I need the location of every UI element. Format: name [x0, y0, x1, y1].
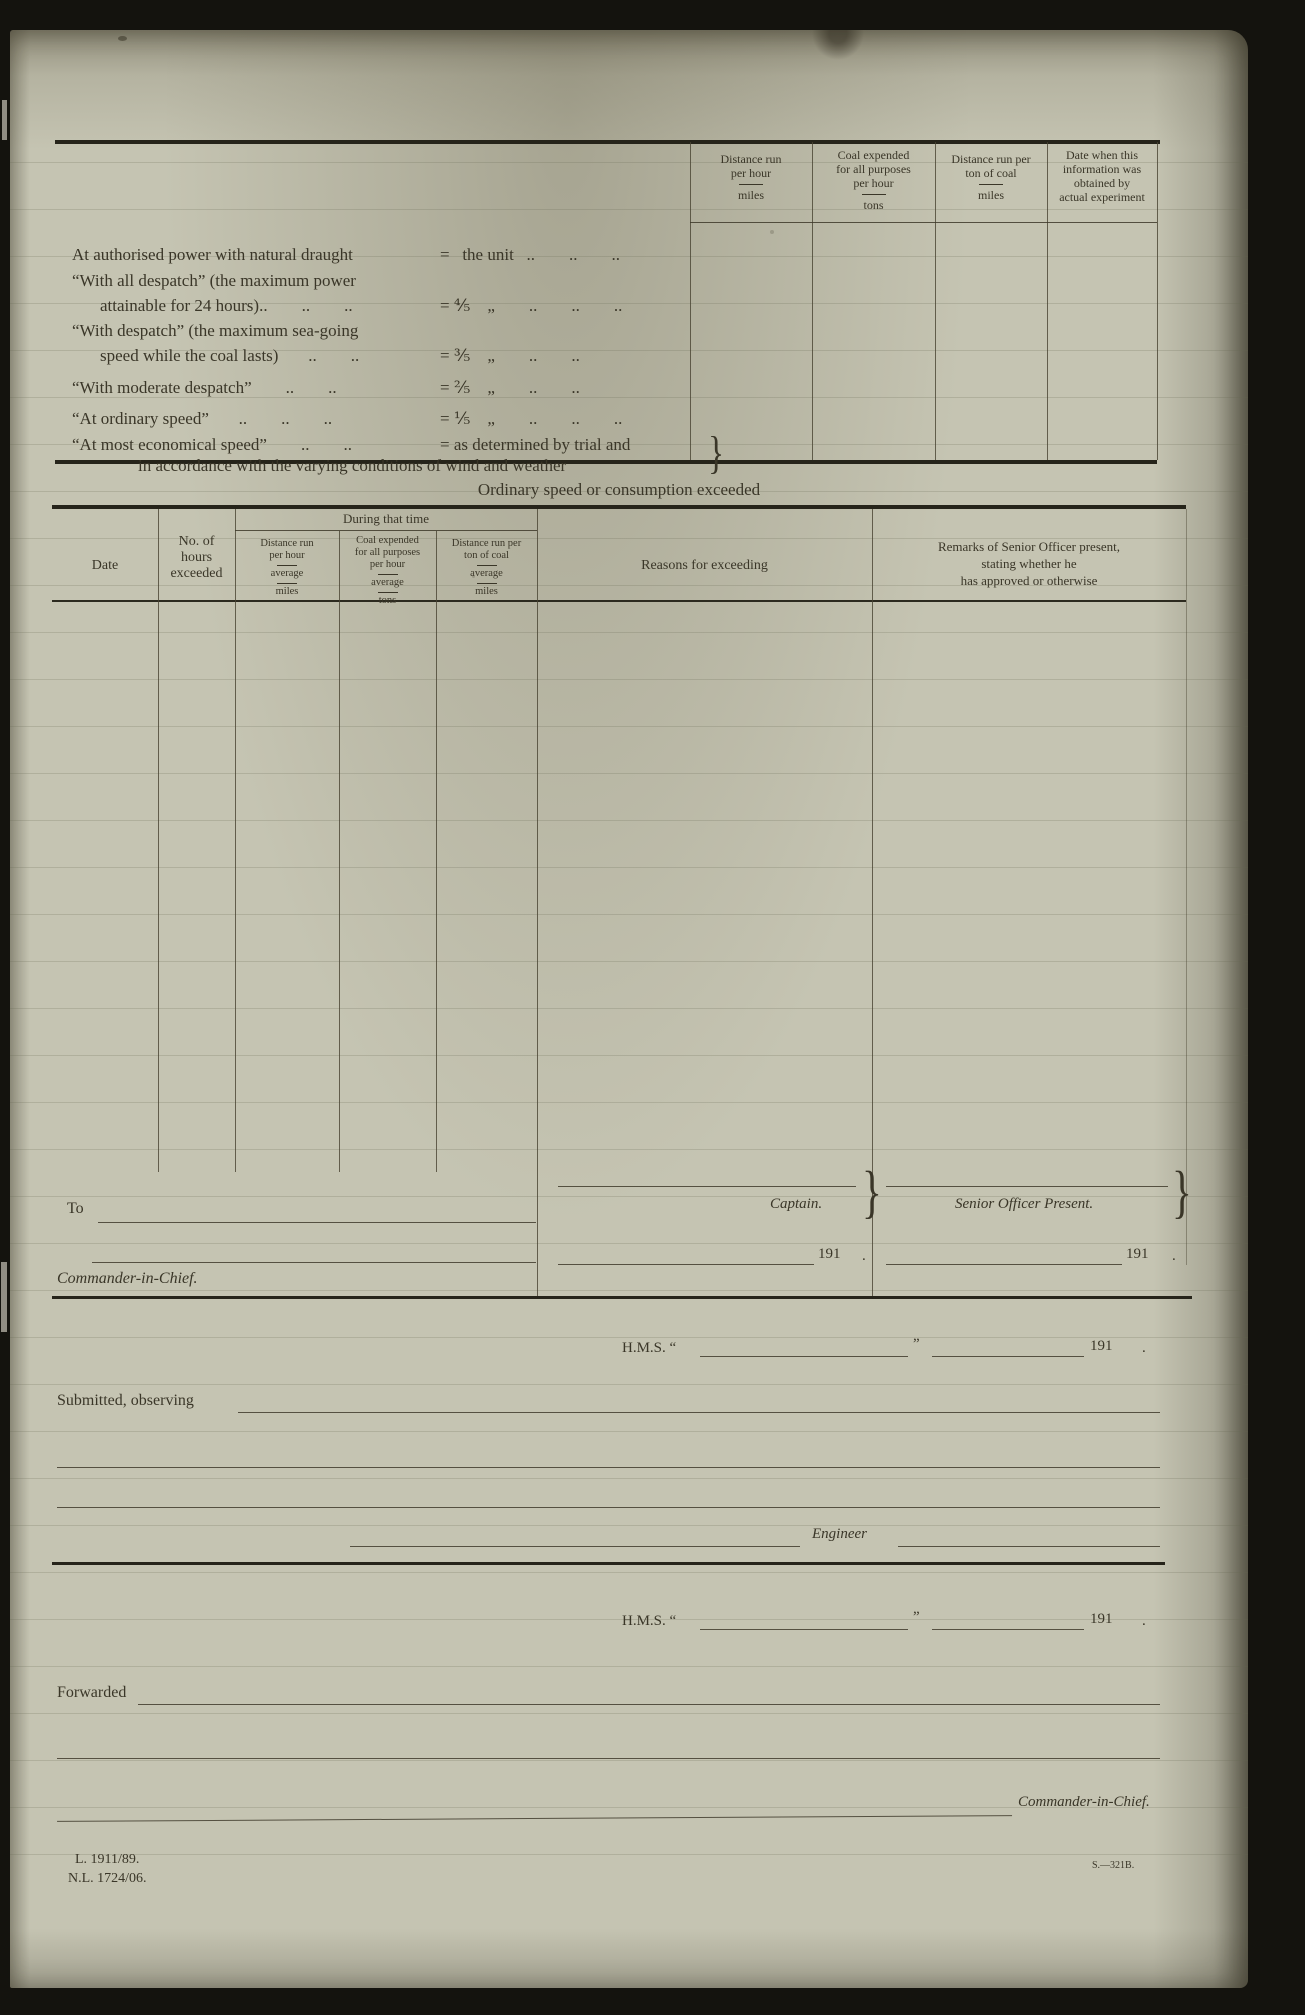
hms-label-2: H.M.S. “ [622, 1613, 676, 1630]
line-text: “With all despatch” (the maximum power [72, 271, 356, 290]
line-text: “At ordinary speed” .. .. .. [72, 409, 332, 428]
hms-label: H.M.S. “ [622, 1340, 676, 1357]
header-divider [979, 184, 1003, 185]
header-divider [277, 565, 297, 566]
hms-name-fill-line[interactable] [700, 1340, 908, 1357]
line-value: = ⅕ „ .. .. .. [440, 408, 622, 430]
group-header-during-that-time: During that time [235, 511, 537, 527]
paper-speck [118, 36, 127, 41]
exceed-table-top-rule [52, 505, 1186, 509]
column-header-remarks: Remarks of Senior Officer present, stati… [872, 538, 1186, 589]
senior-year-dot: . [1172, 1248, 1176, 1265]
column-title: Distance run per ton of coal [452, 538, 521, 561]
footer-form-number: S.—321B. [1092, 1860, 1134, 1871]
engineer-left-fill-line[interactable] [350, 1530, 800, 1547]
column-unit: tons [863, 198, 883, 212]
captain-date-line[interactable] [558, 1248, 814, 1265]
column-average-label: average [371, 577, 404, 588]
hms2-year-dot: . [1142, 1613, 1146, 1630]
column-header-date: Date [52, 558, 158, 574]
captain-year-dot: . [862, 1248, 866, 1265]
column-title: Distance run per hour [260, 538, 313, 561]
column-line-dist-ton [537, 509, 538, 1298]
binding-mark [1, 1262, 7, 1332]
column-title: Distance run per ton of coal [951, 152, 1030, 180]
column-line-dist-hour [339, 531, 340, 1172]
commander-fill-line[interactable] [57, 1799, 1012, 1822]
column-average-label: average [271, 568, 304, 579]
line-value: = ⅖ „ .. .. [440, 377, 580, 399]
to-fill-line-2[interactable] [92, 1246, 536, 1263]
column-title: Coal expended for all purposes per hour [355, 535, 420, 570]
captain-signature-line[interactable] [558, 1170, 856, 1187]
line-text: “With moderate despatch” .. .. [72, 378, 337, 397]
equivalence-line: “With despatch” (the maximum sea-going [72, 320, 752, 342]
top-table-header-underline [690, 222, 1157, 223]
top-header-coal-expended: Coal expended for all purposes per hour … [812, 148, 935, 212]
hms2-name-fill-line[interactable] [700, 1613, 908, 1630]
hms2-year: 191 [1090, 1611, 1113, 1628]
line-value: = as determined by trial and [440, 434, 630, 456]
footer-reference-2: N.L. 1724/06. [68, 1871, 147, 1887]
column-title: Date when this information was obtained … [1059, 148, 1145, 204]
hms2-close-quote: ” [913, 1609, 920, 1626]
equivalence-line: At authorised power with natural draught… [72, 244, 752, 266]
header-divider [477, 565, 497, 566]
column-unit: miles [276, 586, 299, 597]
column-line-right-edge [1186, 509, 1187, 1265]
column-title: Coal expended for all purposes per hour [836, 148, 911, 190]
exceed-table-title: Ordinary speed or consumption exceeded [52, 480, 1186, 500]
hms2-date-fill-line[interactable] [932, 1613, 1084, 1630]
column-unit: miles [475, 586, 498, 597]
hms-year-dot: . [1142, 1340, 1146, 1357]
header-divider [378, 574, 398, 575]
column-header-coal-expended: Coal expended for all purposes per hour … [343, 535, 432, 607]
exceed-table-header-bottom-rule [52, 600, 1186, 602]
paper-speck [770, 230, 774, 234]
column-unit: miles [738, 188, 764, 202]
header-divider [477, 583, 497, 584]
line-text: “At most economical speed” .. .. [72, 435, 352, 454]
line-value: = the unit .. .. .. [440, 244, 620, 266]
equivalence-line: in accordance with the varying condition… [72, 455, 752, 477]
economical-speed-brace: } [708, 426, 724, 479]
column-average-label: average [470, 568, 503, 579]
equivalence-line: “With all despatch” (the maximum power [72, 270, 752, 292]
column-header-distance-per-hour: Distance run per hour average miles [239, 538, 335, 598]
header-divider [739, 184, 763, 185]
top-header-distance-per-hour: Distance run per hour miles [690, 152, 812, 202]
column-unit: miles [978, 188, 1004, 202]
senior-officer-brace: } [1172, 1158, 1192, 1225]
column-line-coal [436, 531, 437, 1172]
captain-label: Captain. [770, 1196, 822, 1213]
column-unit: tons [379, 595, 397, 606]
scanned-form-page: Distance run per hour miles Coal expende… [0, 0, 1305, 2015]
line-value: = ⅘ „ .. .. .. [440, 295, 622, 317]
submitted-fill-line-3[interactable] [57, 1491, 1160, 1508]
commander-in-chief-label-2: Commander-in-Chief. [1018, 1794, 1150, 1811]
submitted-observing-label: Submitted, observing [57, 1392, 194, 1410]
captain-brace: } [862, 1158, 882, 1225]
senior-date-line[interactable] [886, 1248, 1122, 1265]
header-divider [378, 592, 398, 593]
senior-officer-label: Senior Officer Present. [955, 1196, 1093, 1213]
captain-year: 191 [818, 1246, 841, 1263]
paper-sheet: Distance run per hour miles Coal expende… [10, 30, 1248, 1988]
top-table-top-rule [55, 140, 1160, 144]
forwarded-label: Forwarded [57, 1684, 126, 1702]
top-header-distance-per-ton: Distance run per ton of coal miles [935, 152, 1047, 202]
header-divider [277, 583, 297, 584]
hms-date-fill-line[interactable] [932, 1340, 1084, 1357]
commander-in-chief-label: Commander-in-Chief. [57, 1270, 198, 1288]
line-text: in accordance with the varying condition… [72, 456, 566, 475]
engineer-right-fill-line[interactable] [898, 1530, 1160, 1547]
to-label: To [67, 1200, 84, 1218]
equivalence-line: attainable for 24 hours).. .. .. = ⅘ „ .… [72, 295, 752, 317]
to-fill-line[interactable] [98, 1206, 536, 1223]
equivalence-line: “With moderate despatch” .. .. = ⅖ „ .. … [72, 377, 752, 399]
column-header-distance-per-ton: Distance run per ton of coal average mil… [440, 538, 533, 598]
column-header-reasons: Reasons for exceeding [537, 558, 872, 574]
hms-close-quote: ” [913, 1336, 920, 1353]
senior-year: 191 [1126, 1246, 1149, 1263]
top-header-date-experiment: Date when this information was obtained … [1047, 148, 1157, 204]
binding-mark [2, 100, 7, 140]
submitted-fill-line-2[interactable] [57, 1451, 1160, 1468]
equivalence-line: speed while the coal lasts) .. .. = ⅗ „ … [72, 345, 752, 367]
group-header-underline [235, 530, 537, 531]
header-divider [862, 194, 886, 195]
forwarded-fill-line-2[interactable] [57, 1742, 1160, 1759]
column-line-hours [235, 509, 236, 1172]
line-text: “With despatch” (the maximum sea-going [72, 321, 358, 340]
column-line-date [158, 509, 159, 1172]
submitted-fill-line-1[interactable] [238, 1396, 1160, 1413]
footer-reference-1: L. 1911/89. [75, 1852, 139, 1868]
column-title: Distance run per hour [721, 152, 782, 180]
column-header-hours-exceeded: No. of hours exceeded [158, 534, 235, 582]
submitted-section-bottom-rule [52, 1562, 1165, 1565]
line-value: = ⅗ „ .. .. [440, 345, 580, 367]
equivalence-line: “At ordinary speed” .. .. .. = ⅕ „ .. ..… [72, 408, 752, 430]
hms-year: 191 [1090, 1338, 1113, 1355]
equivalence-line: “At most economical speed” .. .. = as de… [72, 434, 752, 456]
line-text: speed while the coal lasts) .. .. [72, 346, 359, 365]
signature-zone-bottom-rule [52, 1296, 1192, 1299]
line-text: attainable for 24 hours).. .. .. [72, 296, 353, 315]
top-table-column-line [1157, 142, 1158, 460]
line-text: At authorised power with natural draught [72, 245, 353, 264]
engineer-label: Engineer [812, 1526, 867, 1543]
forwarded-fill-line-1[interactable] [138, 1688, 1160, 1705]
senior-officer-signature-line[interactable] [886, 1170, 1168, 1187]
